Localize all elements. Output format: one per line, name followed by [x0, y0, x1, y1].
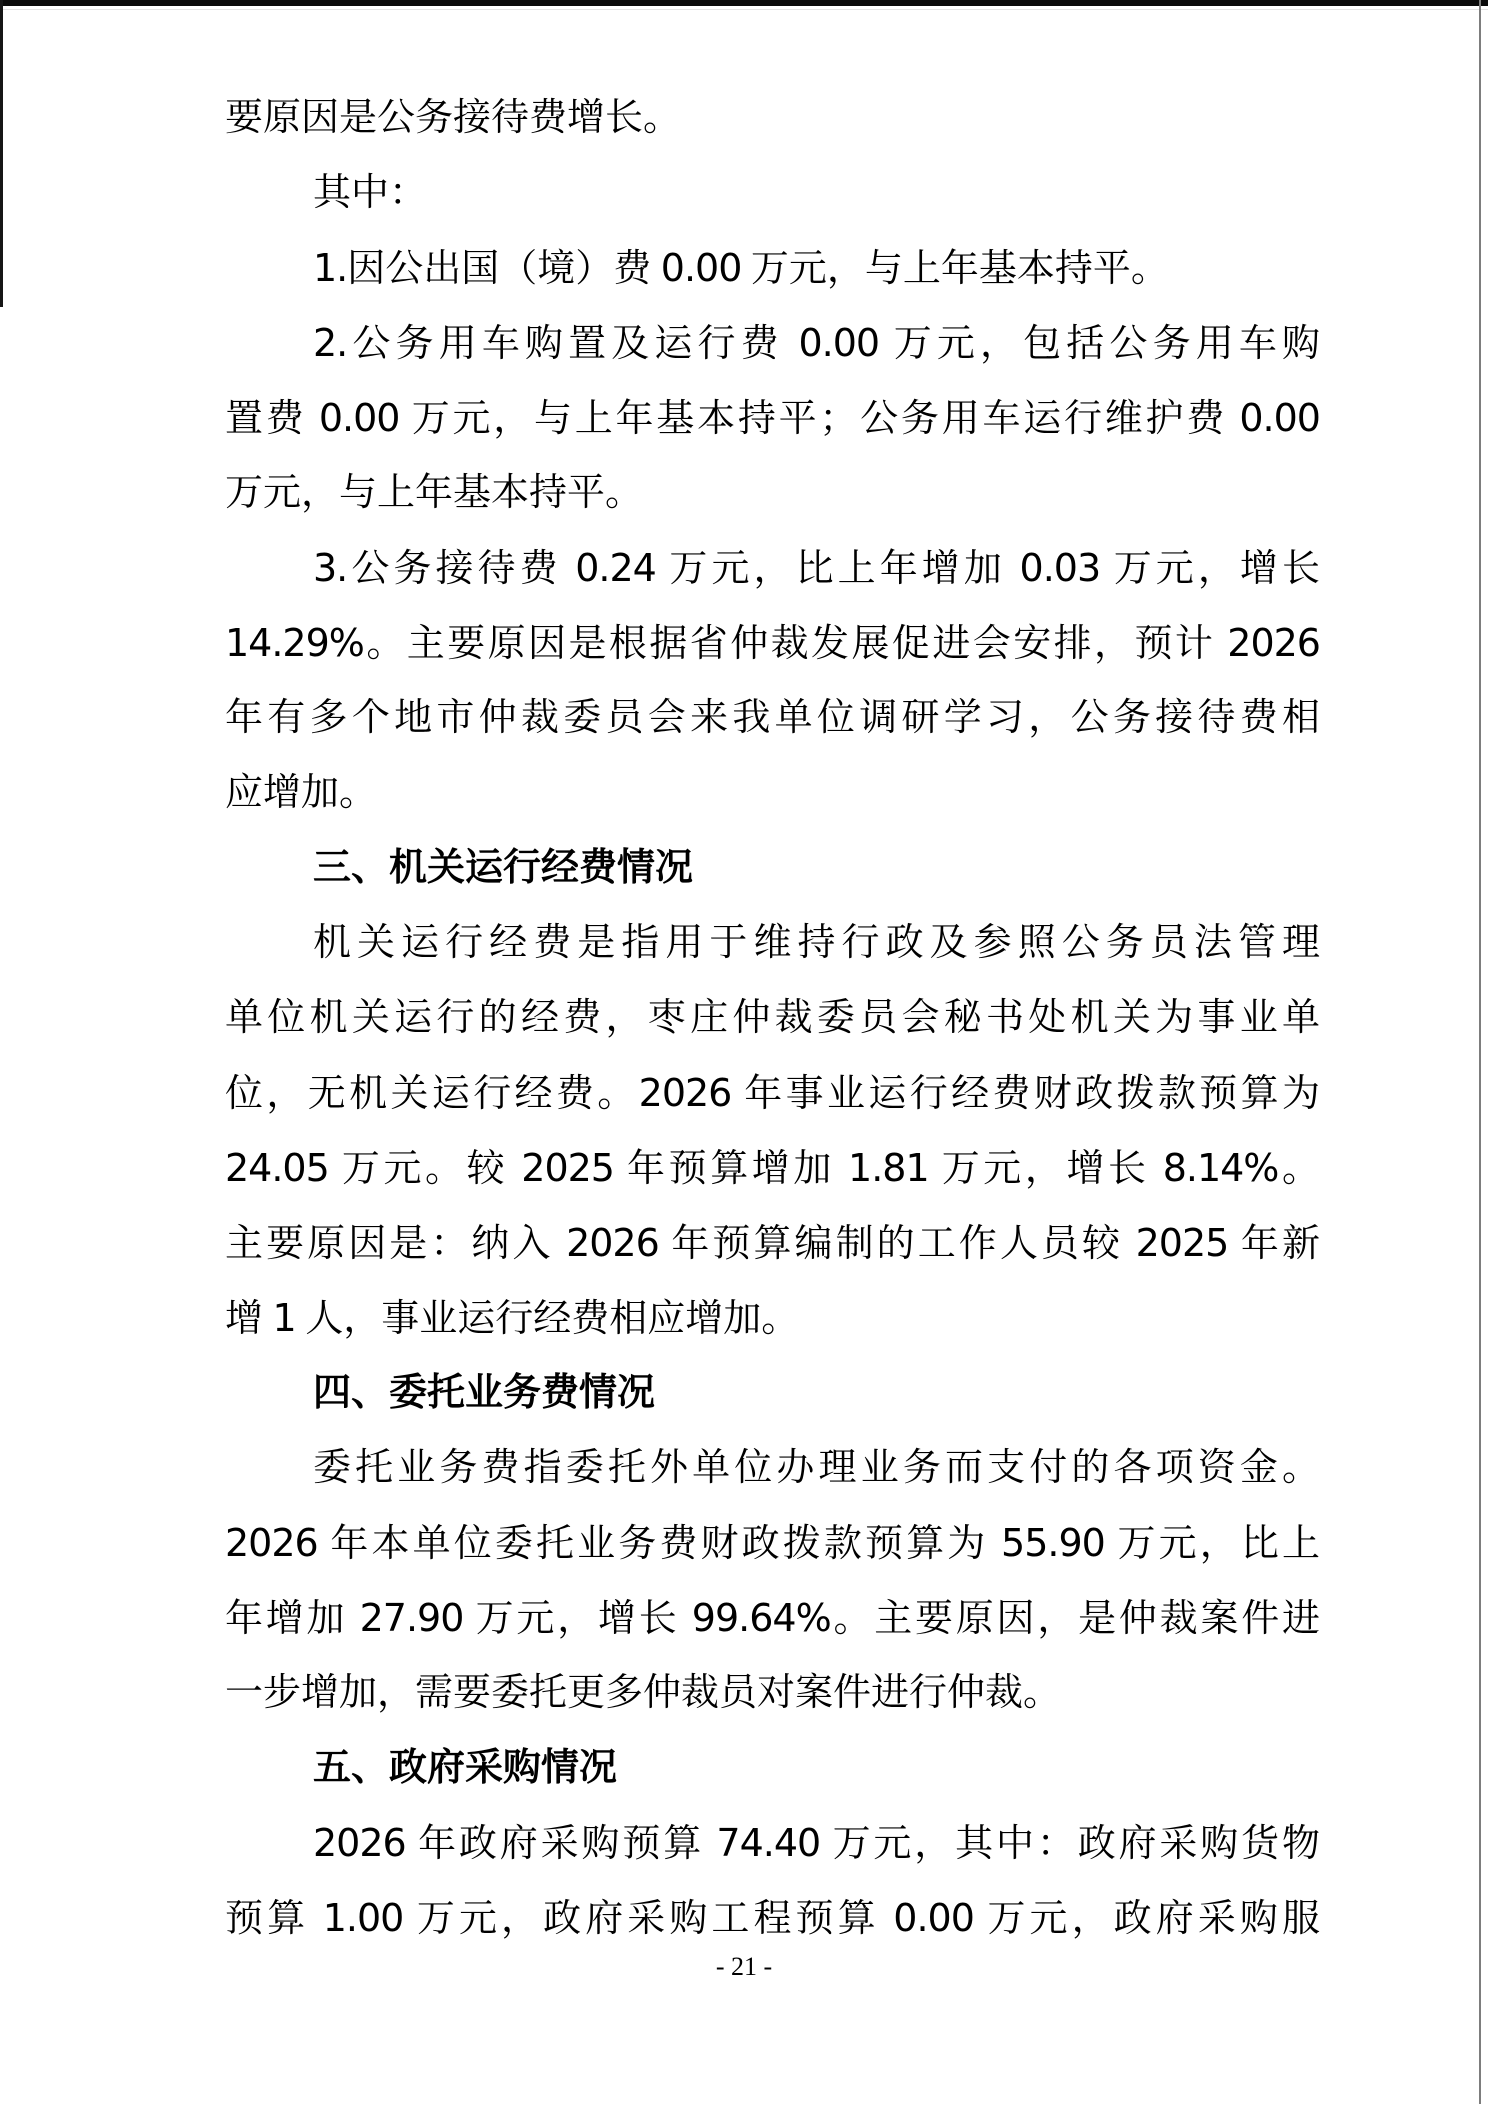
text-line: 年有多个地市仲裁委员会来我单位调研学习，公务接待费相	[225, 681, 1320, 756]
text-line: 主要原因是：纳入 2026 年预算编制的工作人员较 2025 年新	[225, 1206, 1320, 1281]
section-heading-entrusted-business-fees: 四、委托业务费情况	[225, 1356, 1320, 1431]
text-line: 委托业务费指委托外单位办理业务而支付的各项资金。	[225, 1431, 1320, 1506]
text-line: 14.29%。主要原因是根据省仲裁发展促进会安排，预计 2026	[225, 606, 1320, 681]
numeric-text: 2026	[566, 1221, 659, 1265]
text-line: 3.公务接待费 0.24 万元，比上年增加 0.03 万元，增长	[225, 531, 1320, 606]
numeric-text: 0.00	[893, 1896, 974, 1940]
numeric-text: 0.00	[1239, 396, 1320, 440]
numeric-text: 2025	[1136, 1221, 1229, 1265]
numeric-text: 2026	[1227, 621, 1320, 665]
numeric-text: 0.24	[575, 546, 656, 590]
numeric-text: 1.	[313, 246, 347, 290]
numeric-text: 2026	[639, 1071, 732, 1115]
text-line: 2026 年政府采购预算 74.40 万元，其中：政府采购货物	[225, 1806, 1320, 1881]
text-line: 1.因公出国（境）费 0.00 万元，与上年基本持平。	[225, 231, 1320, 306]
numeric-text: 1.81	[848, 1146, 929, 1190]
text-line: 一步增加，需要委托更多仲裁员对案件进行仲裁。	[225, 1656, 1320, 1731]
scan-top-border	[0, 0, 1488, 6]
text-line: 置费 0.00 万元，与上年基本持平；公务用车运行维护费 0.00	[225, 381, 1320, 456]
numeric-text: 55.90	[1001, 1521, 1105, 1565]
numeric-text: 74.40	[716, 1821, 820, 1865]
numeric-text: 27.90	[360, 1596, 464, 1640]
text-line: 机关运行经费是指用于维持行政及参照公务员法管理	[225, 906, 1320, 981]
scan-left-border	[0, 0, 3, 307]
section-heading-government-procurement: 五、政府采购情况	[225, 1731, 1320, 1806]
numeric-text: 0.00	[661, 246, 742, 290]
text-line: 24.05 万元。较 2025 年预算增加 1.81 万元，增长 8.14%。	[225, 1131, 1320, 1206]
text-line: 其中：	[225, 156, 1320, 231]
numeric-text: 0.00	[319, 396, 400, 440]
numeric-text: 2026	[225, 1521, 318, 1565]
numeric-text: 2.	[313, 321, 347, 365]
text-line: 应增加。	[225, 756, 1320, 831]
scan-right-border	[1479, 0, 1481, 2104]
numeric-text: 24.05	[225, 1146, 329, 1190]
page-number: - 21 -	[0, 1950, 1488, 1984]
numeric-text: 1.00	[323, 1896, 404, 1940]
numeric-text: 8.14%	[1163, 1146, 1279, 1190]
numeric-text: 0.03	[1020, 546, 1101, 590]
numeric-text: 99.64%	[692, 1596, 831, 1640]
numeric-text: 14.29%	[225, 621, 364, 665]
text-line: 要原因是公务接待费增长。	[225, 81, 1320, 156]
scan-top-faint-line	[0, 9, 1488, 10]
text-line: 万元，与上年基本持平。	[225, 456, 1320, 531]
document-page: 要原因是公务接待费增长。 其中： 1.因公出国（境）费 0.00 万元，与上年基…	[0, 0, 1488, 2104]
text-line: 单位机关运行的经费，枣庄仲裁委员会秘书处机关为事业单	[225, 981, 1320, 1056]
numeric-text: 3.	[313, 546, 347, 590]
text-line: 2.公务用车购置及运行费 0.00 万元，包括公务用车购	[225, 306, 1320, 381]
numeric-text: 1	[273, 1296, 296, 1340]
text-line: 2026 年本单位委托业务费财政拨款预算为 55.90 万元，比上	[225, 1506, 1320, 1581]
numeric-text: 2026	[313, 1821, 406, 1865]
section-heading-organ-operating-funds: 三、机关运行经费情况	[225, 831, 1320, 906]
text-line: 位，无机关运行经费。2026 年事业运行经费财政拨款预算为	[225, 1056, 1320, 1131]
numeric-text: 2025	[521, 1146, 614, 1190]
text-line: 增 1 人，事业运行经费相应增加。	[225, 1281, 1320, 1356]
text-line: 预算 1.00 万元，政府采购工程预算 0.00 万元，政府采购服	[225, 1881, 1320, 1956]
numeric-text: 0.00	[798, 321, 879, 365]
document-body: 要原因是公务接待费增长。 其中： 1.因公出国（境）费 0.00 万元，与上年基…	[225, 81, 1320, 1956]
text-line: 年增加 27.90 万元，增长 99.64%。主要原因，是仲裁案件进	[225, 1581, 1320, 1656]
